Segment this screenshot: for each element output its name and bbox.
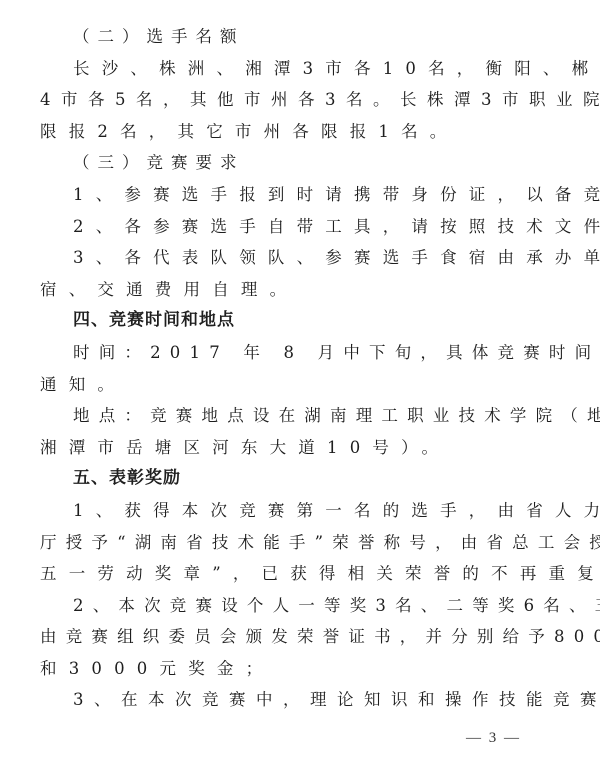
page-number: — 3 — xyxy=(466,730,521,747)
paragraph-line: 2、各参赛选手自带工具，请按照技术文件规定执行； xyxy=(40,211,518,243)
paragraph-line: 湘潭市岳塘区河东大道10号）。 xyxy=(40,432,518,464)
document-body: （二）选手名额 长沙、株洲、湘潭3市各10名，衡阳、郴州、岳阳、常德 4市各5名… xyxy=(40,21,518,716)
paragraph-line: 限报2名，其它市州各限报1名。 xyxy=(40,116,518,148)
paragraph-line: 长沙、株洲、湘潭3市各10名，衡阳、郴州、岳阳、常德 xyxy=(40,53,518,85)
paragraph-line: 通知。 xyxy=(40,369,518,401)
subheading-competition-requirements: （三）竞赛要求 xyxy=(40,147,518,179)
paragraph-line: 宿、交通费用自理。 xyxy=(40,274,518,306)
paragraph-line: 2、本次竞赛设个人一等奖3名、二等奖6名、三等奖10名， xyxy=(40,590,518,622)
paragraph-line: 3、在本次竞赛中，理论知识和操作技能竞赛成绩均合格的 xyxy=(40,684,518,716)
heading-time-and-location: 四、竞赛时间和地点 xyxy=(40,305,518,337)
paragraph-line: 1、获得本次竞赛第一名的选手，由省人力资源和社会保障 xyxy=(40,495,518,527)
paragraph-line: 时间：2017 年 8 月中下旬，具体竞赛时间和赛程安排另行 xyxy=(40,337,518,369)
paragraph-line: 和3000元奖金； xyxy=(40,653,518,685)
paragraph-line: 五一劳动奖章”，已获得相关荣誉的不再重复授予。 xyxy=(40,558,518,590)
subheading-contestant-quota: （二）选手名额 xyxy=(40,21,518,53)
paragraph-line: 由竞赛组织委员会颁发荣誉证书，并分别给予8000元，5000元 xyxy=(40,621,518,653)
document-page: （二）选手名额 长沙、株洲、湘潭3市各10名，衡阳、郴州、岳阳、常德 4市各5名… xyxy=(0,0,600,769)
paragraph-line: 4市各5名，其他市州各3名。长株潭3市职业院校在职教师各 xyxy=(40,84,518,116)
paragraph-line: 1、参赛选手报到时请携带身份证，以备竞赛前查验； xyxy=(40,179,518,211)
heading-awards: 五、表彰奖励 xyxy=(40,463,518,495)
paragraph-line: 地点：竞赛地点设在湖南理工职业技术学院（地址：湖南省 xyxy=(40,400,518,432)
paragraph-line: 3、各代表队领队、参赛选手食宿由承办单位统一安排，住 xyxy=(40,242,518,274)
paragraph-line: 厅授予“湖南省技术能手”荣誉称号，由省总工会授予“湖南省 xyxy=(40,527,518,559)
